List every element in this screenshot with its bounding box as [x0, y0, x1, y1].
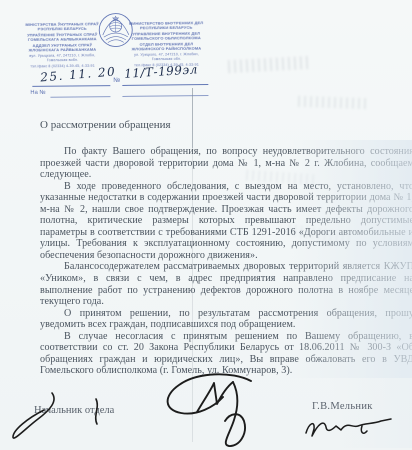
paragraph: О принятом решении, по результатам рассм… — [40, 308, 412, 331]
date-underline — [32, 85, 110, 87]
org-name-line: ЖЛОБІНСКАГА РАЙВЫКАНКАМА — [24, 48, 101, 53]
paragraph: В случае несогласия с принятым решением … — [40, 331, 412, 377]
photocopy-fade-overlay — [330, 378, 412, 448]
org-address: вул. Урыцкага, 47, 247210, г. Жлобін, Го… — [24, 54, 101, 63]
paper-fold-line-segment — [192, 88, 193, 148]
signer-position-title: Начальник отдела — [34, 405, 114, 416]
signer-name: Г.В.Мельник — [312, 401, 373, 412]
org-name-line: ГОМЕЛЬСКАГА АБЛВЫКАНКАМА — [24, 37, 101, 42]
org-name-line: РЭСПУБЛІКІ БЕЛАРУСЬ — [24, 27, 101, 32]
subject-line: О рассмотрении обращения — [40, 119, 171, 131]
right-signature-scribble — [306, 419, 391, 436]
scanned-letter-page: МІНІСТЭРСТВА ЎНУТРАНЫХ СПРАЎ РЭСПУБЛІКІ … — [0, 0, 412, 450]
bleed-through-artifact — [228, 56, 313, 73]
letter-body: По факту Вашего обращения, по вопросу не… — [40, 146, 412, 377]
org-name-line: ЖЛОБИНСКОГО РАЙИСПОЛКОМА — [128, 47, 205, 52]
org-name-line: ГОМЕЛЬСКОГО ОБЛИСПОЛКОМА — [128, 36, 205, 41]
number-underline — [122, 84, 208, 86]
letterhead-belarusian-column: МІНІСТЭРСТВА ЎНУТРАНЫХ СПРАЎ РЭСПУБЛІКІ … — [24, 22, 101, 69]
reference-date-underline — [122, 95, 208, 97]
paragraph: Балансосодержателем рассматриваемых двор… — [40, 261, 412, 307]
org-address: ул. Урицкого, 47, 247210, г. Жлобин, Гом… — [128, 53, 205, 62]
bleed-through-artifact — [298, 96, 370, 110]
letterhead-russian-column: МИНИСТЕРСТВО ВНУТРЕННИХ ДЕЛ РЕСПУБЛИКИ Б… — [128, 21, 205, 68]
paragraph: В ходе проведенного обследования, с выез… — [40, 181, 412, 262]
org-name-line: РЕСПУБЛИКИ БЕЛАРУСЬ — [128, 26, 205, 31]
paragraph: По факту Вашего обращения, по вопросу не… — [40, 146, 412, 181]
letterhead-stamp: МІНІСТЭРСТВА ЎНУТРАНЫХ СПРАЎ РЭСПУБЛІКІ … — [24, 12, 213, 96]
central-signature — [168, 374, 251, 446]
number-sign-label: № — [113, 77, 120, 84]
reference-number-label: На № — [30, 90, 45, 96]
reference-underline — [50, 96, 110, 98]
